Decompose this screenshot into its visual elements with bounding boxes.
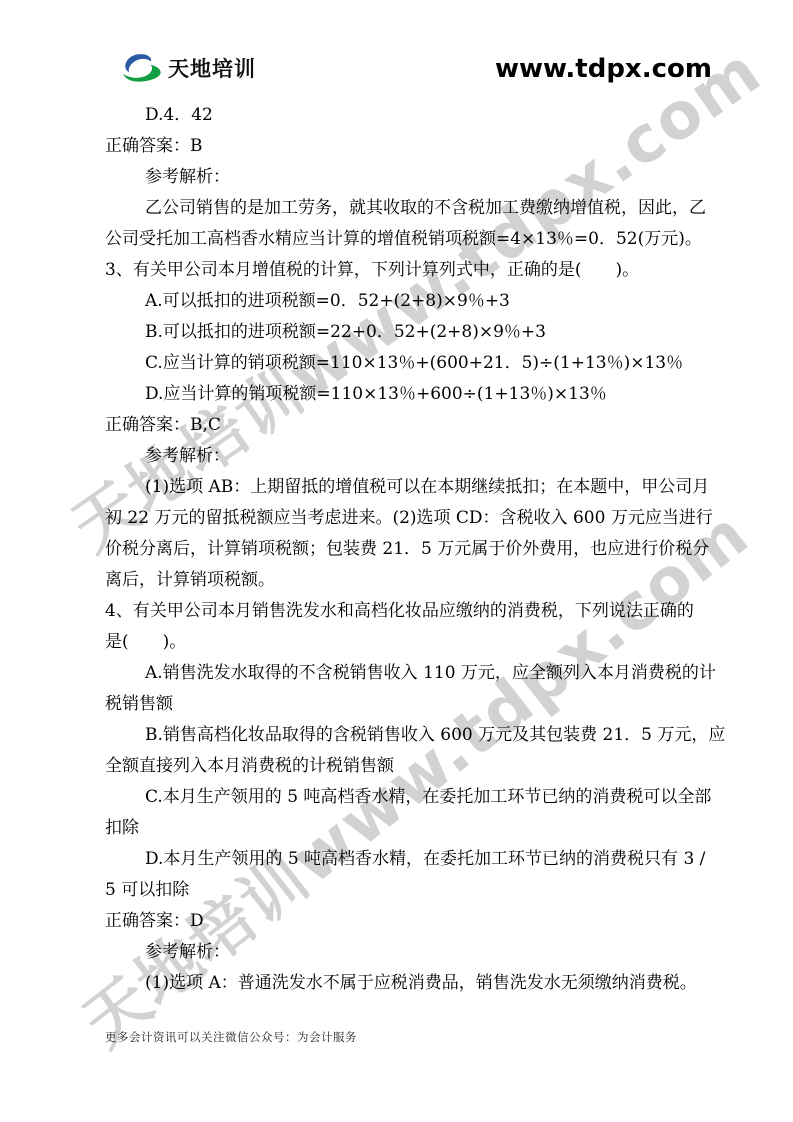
text-line: 离后，计算销项税额。 — [105, 565, 711, 596]
text-line: 是( )。 — [105, 627, 711, 658]
text-line: 乙公司销售的是加工劳务，就其收取的不含税加工费缴纳增值税，因此，乙 — [105, 193, 711, 224]
text-line: 正确答案：D — [105, 906, 711, 937]
brand-name: 天地培训 — [168, 53, 256, 83]
text-line: 3、有关甲公司本月增值税的计算，下列计算列式中，正确的是( )。 — [105, 255, 711, 286]
text-line: B.可以抵扣的进项税额=22+0．52+(2+8)×9％+3 — [105, 317, 711, 348]
tiandi-logo-icon — [121, 51, 165, 83]
text-line: 参考解析： — [105, 937, 711, 968]
text-line: D.应当计算的销项税额=110×13％+600÷(1+13％)×13％ — [105, 379, 711, 410]
text-line: 价税分离后，计算销项税额；包装费 21．5 万元属于价外费用，也应进行价税分 — [105, 534, 711, 565]
site-url: www.tdpx.com — [495, 54, 712, 84]
text-line: 初 22 万元的留抵税额应当考虑进来。(2)选项 CD：含税收入 600 万元应… — [105, 503, 711, 534]
text-line: C.本月生产领用的 5 吨高档香水精，在委托加工环节已纳的消费税可以全部 — [105, 782, 711, 813]
document-page: 天地培训www.tdpx.com 天地培训www.tdpx.com 天地培训 w… — [0, 0, 793, 1122]
text-line: B.销售高档化妆品取得的含税销售收入 600 万元及其包装费 21．5 万元，应 — [105, 720, 711, 751]
footer-note: 更多会计资讯可以关注微信公众号：为会计服务 — [105, 1029, 357, 1045]
text-line: 参考解析： — [105, 441, 711, 472]
text-line: 税销售额 — [105, 689, 711, 720]
text-line: A.可以抵扣的进项税额=0．52+(2+8)×9％+3 — [105, 286, 711, 317]
text-line: 4、有关甲公司本月销售洗发水和高档化妆品应缴纳的消费税，下列说法正确的 — [105, 596, 711, 627]
document-body: D.4．42正确答案：B参考解析：乙公司销售的是加工劳务，就其收取的不含税加工费… — [105, 100, 711, 999]
text-line: D.4．42 — [105, 100, 711, 131]
text-line: 正确答案：B,C — [105, 410, 711, 441]
text-line: 全额直接列入本月消费税的计税销售额 — [105, 751, 711, 782]
text-line: (1)选项 A：普通洗发水不属于应税消费品，销售洗发水无须缴纳消费税。 — [105, 968, 711, 999]
text-line: A.销售洗发水取得的不含税销售收入 110 万元，应全额列入本月消费税的计 — [105, 658, 711, 689]
text-line: (1)选项 AB：上期留抵的增值税可以在本期继续抵扣；在本题中，甲公司月 — [105, 472, 711, 503]
text-line: 扣除 — [105, 813, 711, 844]
page-header: 天地培训 www.tdpx.com — [0, 0, 793, 100]
text-line: 正确答案：B — [105, 131, 711, 162]
text-line: 公司受托加工高档香水精应当计算的增值税销项税额=4×13％=0．52(万元)。 — [105, 224, 711, 255]
text-line: 5 可以扣除 — [105, 875, 711, 906]
text-line: D.本月生产领用的 5 吨高档香水精，在委托加工环节已纳的消费税只有 3 / — [105, 844, 711, 875]
text-line: 参考解析： — [105, 162, 711, 193]
text-line: C.应当计算的销项税额=110×13％+(600+21．5)÷(1+13％)×1… — [105, 348, 711, 379]
